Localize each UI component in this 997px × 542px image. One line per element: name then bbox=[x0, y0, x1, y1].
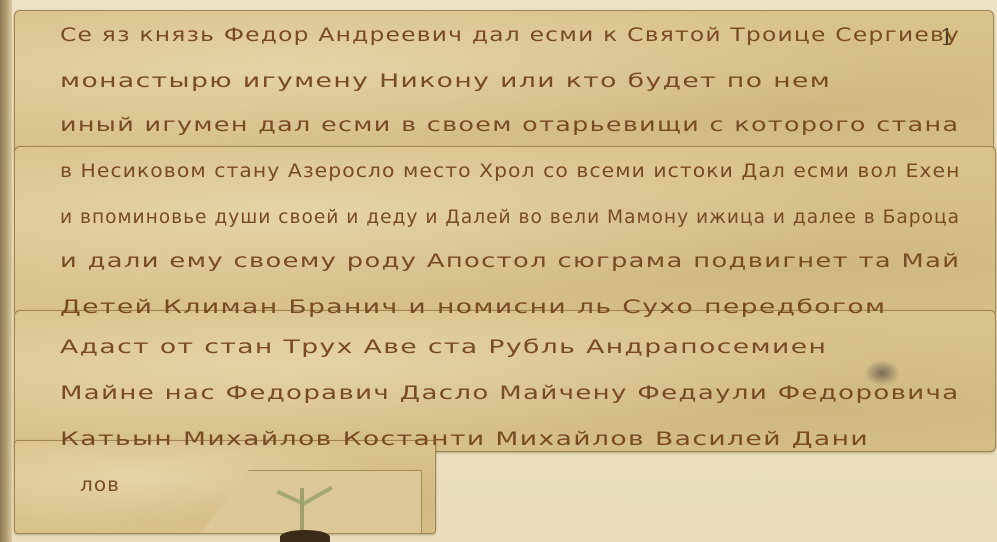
wax-seal-icon bbox=[280, 530, 330, 542]
manuscript-line: в Несиковом стану Азеросло место Хрол со… bbox=[60, 160, 960, 182]
manuscript-line: Майне нас Федоравич Дасло Майчену Федаул… bbox=[60, 382, 960, 404]
manuscript-line: иный игумен дал есми в своем отарьевищи … bbox=[60, 114, 959, 136]
manuscript-line: и дали ему своему роду Апостол сюграма п… bbox=[60, 250, 960, 272]
manuscript-line: и впоминовье души своей и деду и Далей в… bbox=[60, 206, 960, 228]
manuscript-line: Се яз князь Федор Андреевич дал есми к С… bbox=[60, 24, 960, 46]
manuscript-line: монастырю игумену Никону или кто будет п… bbox=[60, 70, 831, 92]
manuscript-line: Детей Климан Бранич и номисни ль Сухо пе… bbox=[60, 296, 886, 318]
binding-edge bbox=[0, 0, 12, 542]
manuscript-line: Адаст от стан Трух Аве ста Рубль Андрапо… bbox=[60, 336, 827, 358]
manuscript-line: Катьын Михайлов Костанти Михайлов Василе… bbox=[60, 428, 869, 450]
manuscript-line: лов bbox=[80, 474, 120, 496]
